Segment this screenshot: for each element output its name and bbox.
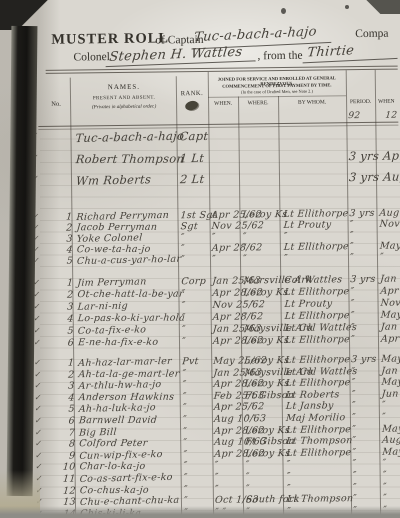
row-number: 5: [55, 256, 74, 267]
row-number: 1: [56, 358, 75, 369]
col-header-no: No.: [42, 101, 70, 108]
joined-where: ″ ″: [245, 413, 257, 424]
soldier-name: Colford Peter: [79, 438, 148, 449]
joined-by-whom: Lt Col Wattles: [284, 322, 357, 334]
row-checkmark: ✓: [32, 245, 53, 254]
soldier-name: Ah-ta-la-ge-mart-ler: [78, 368, 180, 380]
mustered-when: May: [382, 423, 400, 434]
soldier-rank: ″: [183, 426, 188, 437]
soldier-name: Anderson Hawkins: [78, 391, 174, 403]
muster-roll-scan: MUSTER ROLL of Captain Tuc-a-bach-a-hajo…: [0, 0, 400, 518]
soldier-name: Wm Roberts: [76, 172, 152, 188]
soldier-name: Ah-haz-lar-mar-ler: [78, 356, 172, 369]
row-number: 4: [54, 245, 73, 256]
row-checkmark: ✓: [35, 451, 56, 460]
row-number: 11: [57, 473, 76, 484]
soldier-name: Lar-ni-nig: [77, 301, 128, 313]
service-period: ″: [352, 470, 357, 481]
service-period: ″: [351, 389, 356, 400]
joined-when: ″: [211, 232, 216, 243]
soldier-name: Big Bill: [79, 426, 117, 438]
mustered-when: Aug: [379, 208, 400, 219]
row-number: 8: [57, 439, 76, 450]
mustered-when: May: [381, 354, 400, 365]
row-checkmark: ✓: [32, 234, 53, 243]
row-checkmark: ✓: [34, 416, 55, 425]
soldier-name: Lo-pas-ko-ki-yar-hola: [77, 313, 185, 325]
row-checkmark: ✓: [33, 338, 54, 347]
joined-when: Aug 10/63: [214, 413, 267, 425]
ink-blob: [184, 99, 199, 111]
soldier-rank: ″: [184, 495, 189, 506]
soldier-rank: ″: [181, 324, 186, 335]
service-period: ″: [350, 322, 355, 333]
soldier-rank: ″: [182, 368, 187, 379]
col-header-names: NAMES.: [74, 82, 174, 91]
mustered-when: Jan: [380, 322, 397, 333]
soldier-rank: ″: [182, 403, 187, 414]
joined-when: ″: [214, 483, 219, 494]
row-number: 3: [56, 381, 75, 392]
soldier-name: Co-we-ta-ha-jo: [76, 244, 151, 255]
row-number: 5: [55, 326, 74, 337]
mustered-when: May: [381, 377, 400, 388]
soldier-name: Chu-a-cus-yar-ho-lar: [77, 254, 182, 267]
service-period: 3 yrs Apr: [348, 148, 400, 163]
col-header-privates-note: (Privates in alphabetical order.): [74, 104, 174, 110]
joined-when: ″: [212, 254, 217, 265]
joined-where: ″: [245, 483, 250, 494]
mustered-when: ″: [380, 252, 385, 263]
row-checkmark: ✓: [33, 326, 54, 335]
joined-by-whom: Lt Ellithorpe: [285, 377, 351, 389]
soldier-rank: 1 Lt: [179, 150, 204, 164]
mustered-when: Jan: [380, 274, 397, 285]
colonel-label: Colonel: [73, 51, 110, 63]
service-period: ″: [352, 458, 357, 469]
scan-edge-strip: [7, 26, 38, 496]
soldier-rank: 2 Lt: [179, 172, 204, 186]
col-header-when: WHEN.: [208, 101, 238, 107]
soldier-name: Barnwell David: [79, 415, 158, 426]
row-checkmark: ✓: [34, 358, 55, 367]
row-number: 3: [55, 302, 74, 313]
joined-by-whom: Lt Prouty: [284, 298, 333, 310]
row-number: 4: [56, 392, 75, 403]
service-period: ″: [351, 366, 356, 377]
row-checkmark: ✓: [33, 302, 54, 311]
mustered-when: Aug: [382, 435, 400, 446]
col-header-rank: RANK.: [176, 90, 208, 97]
service-period: ″: [349, 230, 354, 241]
joined-where: ″: [242, 242, 247, 253]
mustered-when: ″: [381, 400, 386, 411]
joined-by-whom: ″: [284, 253, 289, 264]
service-period: ″: [350, 286, 355, 297]
row-number: 1: [54, 212, 73, 223]
soldier-rank: ″: [183, 414, 188, 425]
captain-name-handwritten: Tuc-a-bach-a-hajo: [193, 24, 317, 45]
mustered-when: ″: [382, 470, 387, 481]
joined-where: ″ ″: [243, 299, 255, 310]
soldier-rank: ″: [183, 437, 188, 448]
mustered-when: Apr: [380, 286, 399, 297]
mustered-when: Apr: [381, 334, 400, 345]
row-number: 4: [55, 314, 74, 325]
mustered-when: Nov: [379, 219, 400, 230]
soldier-name: Cun-wip-fix-e-ko: [79, 449, 163, 462]
service-period: ″: [352, 424, 357, 435]
joined-by-whom: Lt Ellithorpe: [284, 310, 350, 322]
joined-when: ″: [214, 472, 219, 483]
row-number: 3: [54, 234, 73, 245]
soldier-rank: ″: [183, 484, 188, 495]
row-number: 6: [57, 416, 76, 427]
joined-by-whom: Lt Ellithorpe: [285, 354, 351, 366]
mustered-when: ″: [382, 412, 387, 423]
col-header-present-absent: PRESENT AND ABSENT.: [74, 95, 174, 101]
soldier-name: Co-as-sart-fix-e-ko: [79, 472, 173, 485]
joined-where: ″: [245, 471, 250, 482]
service-period: ″: [351, 334, 356, 345]
soldier-name: Ah-ha-luk-ka-jo: [78, 403, 156, 416]
soldier-rank: ″: [183, 461, 188, 472]
soldier-rank: ″: [180, 243, 185, 254]
joined-by-whom: ″: [286, 459, 291, 470]
from-the-label: , from the: [257, 50, 302, 63]
section-corporals: ✓ 1 Jim Perryman Corp Jan 25/63 Marsvill…: [33, 273, 400, 350]
service-period: ″: [350, 298, 355, 309]
stray-mark: 12: [385, 111, 398, 121]
soldier-name: Jacob Perryman: [76, 222, 157, 233]
joined-by-whom: Lt Ellithorpe: [285, 334, 351, 346]
mustered-when: May: [382, 446, 400, 457]
row-checkmark: ✓: [34, 404, 55, 413]
service-period: ″: [352, 435, 357, 446]
soldier-name: Ar-thlu-hw-ha-jo: [78, 379, 162, 392]
mustered-when: ″: [383, 493, 388, 504]
row-number: 1: [55, 278, 74, 289]
row-checkmark: ✓: [34, 381, 55, 390]
service-period: ″: [350, 310, 355, 321]
col-header-period: PERIOD.: [346, 99, 375, 105]
soldier-rank: Sgt: [180, 221, 198, 232]
service-period: ″: [352, 482, 357, 493]
soldier-name: Char-lo-ka-jo: [79, 461, 146, 472]
joined-where: Leroy Ks: [245, 448, 291, 460]
joined-where: Leroy Ks: [245, 424, 291, 436]
service-period: 3 yrs Aug 6: [348, 169, 400, 184]
row-number: 6: [56, 338, 75, 349]
joined-by-whom: ″: [286, 482, 291, 493]
section-privates: ✓ 1 Ah-haz-lar-mar-ler Pvt May 25/62 Ler…: [34, 353, 400, 518]
document-title: MUSTER ROLL: [51, 30, 169, 48]
soldier-rank: ″: [181, 312, 186, 323]
joined-where: ″: [243, 253, 248, 264]
row-checkmark: ✓: [33, 278, 54, 287]
muster-row: ✓ Wm Roberts 2 Lt 3 yrs Aug 6: [32, 169, 400, 195]
soldier-name: E-ne-ha-fix-e-ko: [78, 337, 159, 348]
soldier-rank: Capt: [179, 129, 209, 143]
joined-by-whom: Maj Morilio: [286, 412, 346, 424]
mustered-when: Jun: [381, 388, 399, 399]
row-checkmark: ✓: [35, 427, 56, 436]
company-label-cut: Compa: [355, 28, 388, 40]
service-period: ″: [352, 447, 357, 458]
service-period: ″: [351, 377, 356, 388]
joined-where: Leroy Ks: [244, 355, 290, 367]
row-checkmark: ✓: [33, 314, 54, 323]
joined-where: Leroy Ks: [244, 335, 290, 347]
scan-bottom-edge: [0, 506, 400, 518]
row-number: 2: [55, 290, 74, 301]
soldier-name: Tuc-a-bach-a-hajo: [75, 129, 185, 145]
joined-by-whom: Lt Ellithorpe: [286, 424, 352, 436]
joined-where: ″: [245, 460, 250, 471]
joined-when: Apr 28/62: [211, 242, 262, 254]
joined-by-whom: Lt Prouty: [283, 219, 332, 231]
joined-by-whom: Lt Roberts: [285, 389, 340, 401]
joined-when: Nov 25/62: [211, 220, 264, 232]
mustered-when: May: [380, 310, 400, 321]
mustered-when: Jan: [381, 365, 398, 376]
joined-where: Leroy Ks: [242, 209, 288, 221]
row-checkmark: ✓: [34, 369, 55, 378]
joined-by-whom: Lt Ellithorpe: [284, 286, 350, 298]
service-period: 3 yrs: [349, 208, 375, 219]
service-period: ″: [349, 241, 354, 252]
joined-by-whom: Col Wattles: [284, 274, 343, 286]
section-officers: ✓ Tuc-a-bach-a-hajo Capt ✓ Robert Thomps…: [31, 126, 400, 195]
row-checkmark: ✓: [33, 290, 54, 299]
soldier-name: Co-ta-fix-e-ko: [77, 324, 146, 337]
col-header-where: WHERE.: [238, 100, 278, 106]
soldier-rank: ″: [181, 288, 186, 299]
row-checkmark: ✓: [35, 439, 56, 448]
service-period: ″: [352, 412, 357, 423]
soldier-rank: ″: [183, 449, 188, 460]
mustered-when: Nov: [380, 298, 400, 309]
stray-mark: 92: [348, 111, 361, 121]
soldier-name: Robert Thompson: [75, 151, 185, 166]
row-number: 12: [57, 485, 76, 496]
row-number: 5: [56, 404, 75, 415]
soldier-name: Ot-che-hatt-la-be-yar: [77, 289, 184, 301]
soldier-rank: ″: [182, 336, 187, 347]
joined-by-whom: Lt Thompson: [287, 493, 354, 505]
soldier-name: Jim Perryman: [77, 276, 147, 289]
service-period: ″: [353, 493, 358, 504]
service-period: ″: [350, 252, 355, 263]
soldier-rank: Corp: [181, 276, 207, 287]
soldier-rank: Pvt: [182, 356, 199, 367]
row-number: 7: [57, 427, 76, 438]
row-number: 2: [56, 369, 75, 380]
row-number: 2: [54, 223, 73, 234]
section-sergeants: ✓ 1 Richard Perryman 1st Sgt Apr 25/62 L…: [32, 207, 400, 267]
joined-by-whom: ″: [286, 471, 291, 482]
col-header-by-whom: BY WHOM.: [278, 99, 346, 106]
col-header-when2: WHEN: [378, 98, 400, 104]
row-number: 9: [57, 450, 76, 461]
joined-by-whom: ″: [283, 231, 288, 242]
service-period: ″: [349, 219, 354, 230]
mustered-when: May: [379, 241, 400, 252]
joined-when: Apr 28/62: [212, 311, 263, 323]
row-checkmark: ✓: [32, 256, 53, 265]
document-content: MUSTER ROLL of Captain Tuc-a-bach-a-hajo…: [0, 0, 400, 518]
service-period: 3 yrs: [350, 274, 376, 285]
soldier-name: Co-chus-ka-jo: [79, 484, 149, 495]
joined-when: ″: [214, 460, 219, 471]
mustered-when: ″: [382, 481, 387, 492]
soldier-rank: ″: [181, 300, 186, 311]
soldier-rank: ″: [180, 232, 185, 243]
joined-where: ″ ″: [243, 311, 255, 322]
joined-where: ″ ″: [244, 402, 256, 413]
soldier-rank: ″: [182, 379, 187, 390]
service-period: ″: [351, 400, 356, 411]
joined-by-whom: Lt Ellithorpe: [283, 241, 349, 253]
row-checkmark: ✓: [34, 393, 55, 402]
joined-where: ″: [242, 231, 247, 242]
joined-when: Apr 25/62: [213, 402, 264, 414]
joined-by-whom: Lt Ellithorpe: [283, 208, 349, 220]
service-period: 3 yrs: [351, 354, 377, 365]
soldier-rank: ″: [183, 472, 188, 483]
soldier-rank: ″: [181, 254, 186, 265]
joined-where: ″: [242, 220, 247, 231]
muster-period-handwritten: Thirtie: [307, 43, 355, 60]
soldier-rank: ″: [182, 391, 187, 402]
joined-by-whom: Lt Col Wattles: [285, 366, 358, 378]
row-number: 10: [57, 462, 76, 473]
mustered-when: ″: [382, 458, 387, 469]
joined-where: Leroy Ks: [243, 287, 289, 299]
joined-by-whom: Lt Ellithorpe: [286, 447, 352, 459]
joined-by-whom: Lt Thompson: [286, 435, 353, 447]
joined-by-whom: Lt Jansby: [285, 401, 334, 413]
joined-header-line3: (In the case of Drafted Men, see Note 2.…: [209, 88, 345, 95]
joined-where: Leroy Ks: [244, 378, 290, 390]
joined-when: Nov 25/62: [212, 299, 265, 311]
